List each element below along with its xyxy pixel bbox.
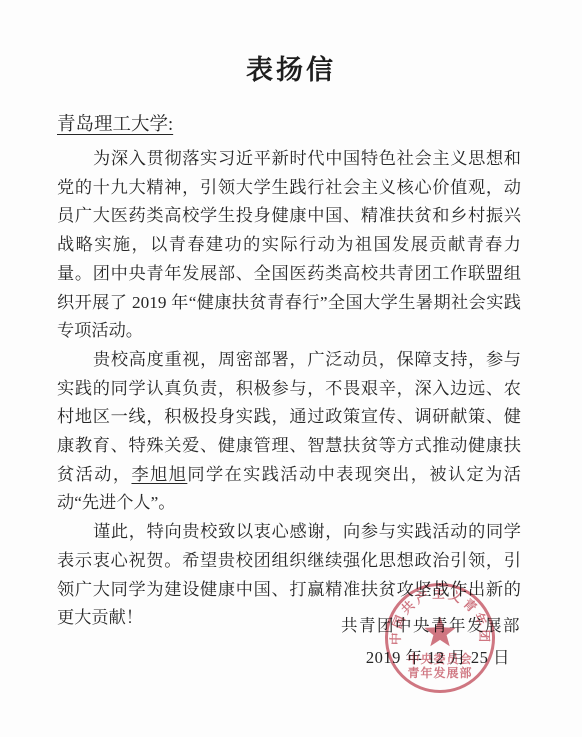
letter-body: 为深入贯彻落实习近平新时代中国特色社会主义思想和党的十九大精神，引领大学生践行社… bbox=[57, 145, 521, 633]
student-name: 李旭旭 bbox=[131, 465, 187, 484]
seal-committee-text: 中央委员会 bbox=[407, 651, 472, 666]
salutation: 青岛理工大学: bbox=[57, 110, 173, 136]
star-icon bbox=[424, 617, 455, 647]
paragraph-2-pre: 贵校高度重视，周密部署，广泛动员，保障支持，参与实践的同学认真负责，积极参与，不… bbox=[57, 350, 521, 484]
paragraph-1: 为深入贯彻落实习近平新时代中国特色社会主义思想和党的十九大精神，引领大学生践行社… bbox=[57, 145, 521, 346]
paragraph-2: 贵校高度重视，周密部署，广泛动员，保障支持，参与实践的同学认真负责，积极参与，不… bbox=[57, 346, 521, 518]
official-seal: 中国共产主义青年团 中央委员会 青年发展部 bbox=[383, 581, 497, 695]
letter-page: 表扬信 青岛理工大学: 为深入贯彻落实习近平新时代中国特色社会主义思想和党的十九… bbox=[0, 0, 582, 737]
letter-title: 表扬信 bbox=[0, 48, 582, 87]
salutation-name: 青岛理工大学: bbox=[57, 115, 173, 135]
seal-department-text: 青年发展部 bbox=[407, 665, 472, 680]
